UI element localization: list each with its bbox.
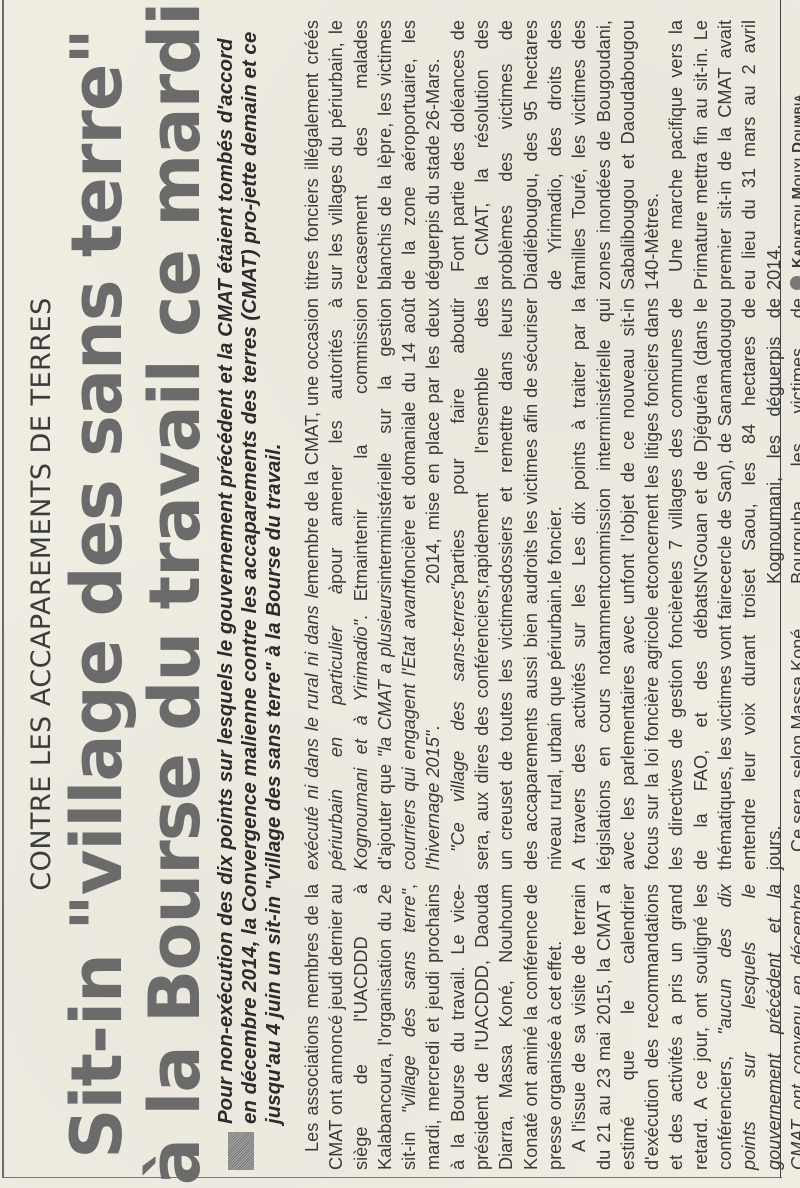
paragraph: Une marche pacifique vers la Primature m… [664,20,785,290]
byline-author: Kadiatou Mouyi Doumbia [789,94,800,268]
quote-run: "village des sans terre" [399,889,419,1113]
article-kicker: CONTRE LES ACCAPAREMENTS DE TERRES [26,0,57,1188]
article-column-3: membre de la CMAT, une occasion pour ame… [300,298,780,584]
paragraph: Les dix points à traiter par la commissi… [567,298,800,584]
bullet-dot-icon [790,276,800,290]
top-rule [2,0,4,1178]
paragraph: Ce sera, selon Massa Koné, [786,584,800,870]
article-lede: Pour non-exécution des dix points sur le… [214,24,286,1124]
headline-line-2: à la Bourse du travail ce mardi [136,0,214,1188]
newspaper-page: CONTRE LES ACCAPAREMENTS DE TERRES Sit-i… [0,0,800,1188]
paragraph: A l'issue de sa visite de terrain du 21 … [567,884,800,1170]
paragraph: Les associations membres de la CMAT ont … [300,884,567,1170]
quote-run: "Ce village des sans-terres" [448,584,468,852]
article-column-4: titres fonciers illégalement créés sur l… [300,20,780,290]
article-column-2: exécuté ni dans le rural ni dans le péri… [300,584,780,870]
text-run: . [423,726,443,731]
paragraph: exécuté ni dans le rural ni dans le péri… [300,584,446,870]
text-run: sera, aux dires des conférenciers, un cr… [472,584,784,870]
headline-line-1: Sit-in "village des sans terre" [58,0,136,1188]
article-headline: Sit-in "village des sans terre" à la Bou… [58,0,214,1188]
text-run: A l'issue de sa visite de terrain du 21 … [569,884,735,1170]
paragraph: Font partie des doléances de la CMAT, la… [446,20,665,290]
quote-run: exécuté ni dans le rural ni dans le péri… [302,584,371,870]
chapo-marker-square [228,1132,254,1170]
paragraph: membre de la CMAT, une occasion pour ame… [300,298,567,584]
byline: Kadiatou Mouyi Doumbia [786,20,800,290]
paragraph: "Ce village des sans-terres" sera, aux d… [446,584,786,870]
article-column-1: Les associations membres de la CMAT ont … [300,884,780,1170]
paragraph: titres fonciers illégalement créés sur l… [300,20,446,290]
text-run: , mardi, mercredi et jeudi prochains à l… [399,884,565,1170]
